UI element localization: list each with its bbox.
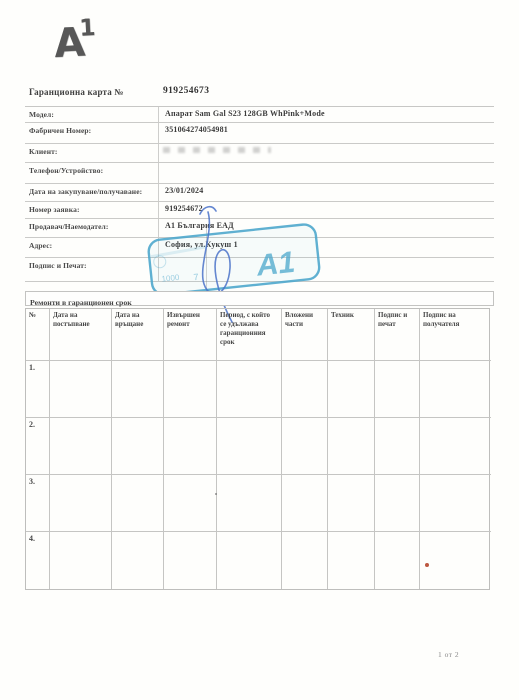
form-row-purchase-date: Дата на закупуване/получаване: 23/01/202…: [25, 184, 494, 202]
field-label: Фабричен Номер:: [25, 123, 158, 143]
form-row-seller: Продавач/Наемодател: А1 България ЕАД: [25, 219, 494, 238]
table-cell: [420, 418, 491, 475]
table-cell: [282, 418, 328, 475]
field-value: 919254672: [158, 202, 494, 218]
table-cell: [164, 532, 217, 589]
field-label: Клиент:: [25, 144, 158, 162]
col-header-extension-period: Период, с който се удължава гаранционния…: [217, 309, 282, 361]
table-cell: [375, 361, 420, 418]
table-cell: [217, 532, 282, 589]
col-header-num: №: [26, 309, 50, 361]
table-cell: [375, 475, 420, 532]
table-cell: [328, 532, 375, 589]
field-label: Адрес:: [25, 238, 158, 257]
row-number: 2.: [26, 418, 50, 475]
row-number: 1.: [26, 361, 50, 418]
warranty-form: Модел: Апарат Sam Gal S23 128GB WhPink+M…: [25, 106, 494, 282]
form-row-order-number: Номер заявка: 919254672: [25, 202, 494, 219]
table-cell: [112, 532, 164, 589]
field-label: Продавач/Наемодател:: [25, 219, 158, 237]
field-value: София, ул.Кукуш 1: [158, 238, 494, 257]
doc-title-number: 919254673: [163, 86, 209, 96]
field-label: Подпис и Печат:: [25, 258, 158, 281]
red-ink-dot: [425, 563, 429, 567]
table-cell: [164, 361, 217, 418]
table-cell: [217, 475, 282, 532]
field-value: Апарат Sam Gal S23 128GB WhPink+Mode: [158, 107, 494, 122]
field-value: 23/01/2024: [158, 184, 494, 201]
table-cell: [420, 475, 491, 532]
form-row-phone-device: Телефон/Устройство:: [25, 163, 494, 184]
table-cell: [420, 532, 491, 589]
form-row-address: Адрес: София, ул.Кукуш 1: [25, 238, 494, 258]
field-label: Дата на закупуване/получаване:: [25, 184, 158, 201]
table-cell: [112, 418, 164, 475]
table-cell: [164, 418, 217, 475]
repairs-header-row: № Дата на постъпване Дата на връщане Изв…: [26, 309, 489, 361]
repairs-row-3: 3.: [26, 475, 489, 532]
field-value: [158, 258, 494, 281]
col-header-recipient-signature: Подпис на получателя: [420, 309, 491, 361]
doc-title-label: Гаранционна карта №: [29, 87, 124, 97]
row-number: 4.: [26, 532, 50, 589]
redacted-client-name: [163, 147, 271, 153]
table-cell: [282, 475, 328, 532]
table-cell: [50, 361, 112, 418]
table-cell: [112, 361, 164, 418]
table-cell: [375, 532, 420, 589]
repairs-section-header: Ремонти в гаранционен срок: [25, 291, 494, 306]
repairs-row-4: 4.: [26, 532, 489, 589]
table-cell: [328, 475, 375, 532]
scan-speck: [215, 493, 217, 495]
table-cell: [50, 418, 112, 475]
a1-logo: A1: [53, 15, 97, 64]
field-label: Модел:: [25, 107, 158, 122]
field-value: [158, 163, 494, 183]
page-indicator: 1 от 2: [438, 650, 459, 659]
table-cell: [112, 475, 164, 532]
field-value: 351064274054981: [158, 123, 494, 143]
field-label: Телефон/Устройство:: [25, 163, 158, 183]
table-cell: [420, 361, 491, 418]
row-number: 3.: [26, 475, 50, 532]
table-cell: [328, 361, 375, 418]
col-header-parts: Вложени части: [282, 309, 328, 361]
table-cell: [50, 532, 112, 589]
repairs-row-1: 1.: [26, 361, 489, 418]
col-header-date-out: Дата на връщане: [112, 309, 164, 361]
table-cell: [375, 418, 420, 475]
table-cell: [50, 475, 112, 532]
col-header-repair: Извършен ремонт: [164, 309, 217, 361]
col-header-technician: Техник: [328, 309, 375, 361]
repairs-table: № Дата на постъпване Дата на връщане Изв…: [25, 308, 490, 590]
table-cell: [164, 475, 217, 532]
col-header-signature-stamp: Подпис и печат: [375, 309, 420, 361]
form-row-signature-stamp: Подпис и Печат:: [25, 258, 494, 282]
table-cell: [328, 418, 375, 475]
warranty-card-page: A1 Гаранционна карта № 919254673 Модел: …: [0, 0, 519, 700]
table-cell: [217, 361, 282, 418]
table-cell: [217, 418, 282, 475]
form-row-model: Модел: Апарат Sam Gal S23 128GB WhPink+M…: [25, 107, 494, 123]
field-value: А1 България ЕАД: [158, 219, 494, 237]
scan-artifact-line: [206, 228, 207, 300]
form-row-serial: Фабричен Номер: 351064274054981: [25, 123, 494, 144]
table-cell: [282, 361, 328, 418]
a1-logo-digit: 1: [79, 15, 96, 42]
repairs-row-2: 2.: [26, 418, 489, 475]
field-label: Номер заявка:: [25, 202, 158, 218]
col-header-date-in: Дата на постъпване: [50, 309, 112, 361]
table-cell: [282, 532, 328, 589]
